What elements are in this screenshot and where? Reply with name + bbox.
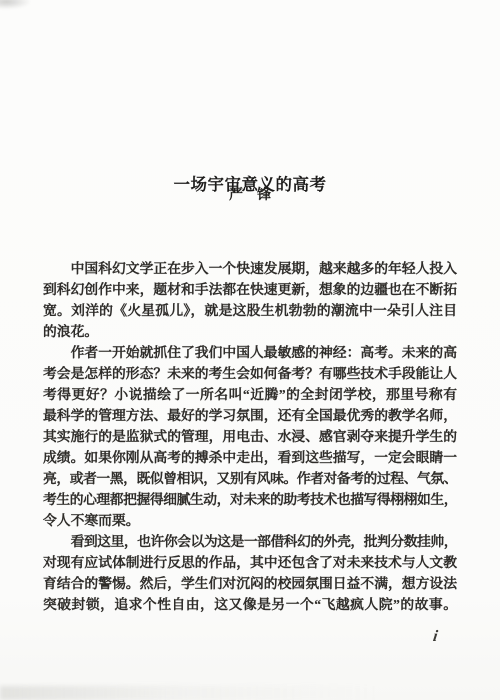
text-line: 考会是怎样的形态？未来的考生会如何备考？有哪些技术手段能让人 xyxy=(43,363,457,384)
scan-smudge-top-left xyxy=(0,0,30,9)
text-line: 对现有应试体制进行反思的作品，其中还包含了对未来技术与人文教 xyxy=(43,552,457,573)
text-line: 的浪花。 xyxy=(43,321,457,342)
text-line: 作者一开始就抓住了我们中国人最敏感的神经：高考。未来的高 xyxy=(43,342,457,363)
text-line: 亮，或者一黑，既似曾相识，又别有风味。作者对备考的过程、气氛、 xyxy=(43,468,457,489)
text-line: 突破封锁，追求个性自由，这又像是另一个“飞越疯人院”的故事。 xyxy=(43,594,457,615)
text-line: 看到这里，也许你会以为这是一部借科幻的外壳，批判分数挂帅， xyxy=(43,531,457,552)
body-text: 中国科幻文学正在步入一个快速发展期，越来越多的年轻人投入 到科幻创作中来，题材和… xyxy=(43,258,457,615)
text-line: 中国科幻文学正在步入一个快速发展期，越来越多的年轻人投入 xyxy=(43,258,457,279)
text-line: 考得更好？小说描绘了一所名叫“近腾”的全封闭学校，那里号称有 xyxy=(43,384,457,405)
text-line: 令人不寒而栗。 xyxy=(43,510,457,531)
text-line: 育结合的警惕。然后，学生们对沉闷的校园氛围日益不满，想方设法 xyxy=(43,573,457,594)
paragraph-2: 作者一开始就抓住了我们中国人最敏感的神经：高考。未来的高 考会是怎样的形态？未来… xyxy=(43,342,457,531)
text-line: 其实施行的是监狱式的管理，用电击、水浸、感官剥夺来提升学生的 xyxy=(43,426,457,447)
author-name: 严 锋 xyxy=(0,184,500,204)
text-line: 考生的心理都把握得细腻生动，对未来的助考技术也描写得栩栩如生， xyxy=(43,489,457,510)
text-line: 到科幻创作中来，题材和手法都在快速更新，想象的边疆也在不断拓 xyxy=(43,279,457,300)
page-number: i xyxy=(432,628,439,646)
paragraph-1: 中国科幻文学正在步入一个快速发展期，越来越多的年轻人投入 到科幻创作中来，题材和… xyxy=(43,258,457,342)
text-line: 宽。刘洋的《火星孤儿》，就是这股生机勃勃的潮流中一朵引人注目 xyxy=(43,300,457,321)
scan-smudge-bottom xyxy=(0,686,420,700)
scanned-book-page: 一场宇宙意义的高考 严 锋 中国科幻文学正在步入一个快速发展期，越来越多的年轻人… xyxy=(0,0,500,700)
text-line: 最科学的管理方法、最好的学习氛围，还有全国最优秀的教学名师， xyxy=(43,405,457,426)
paragraph-3: 看到这里，也许你会以为这是一部借科幻的外壳，批判分数挂帅， 对现有应试体制进行反… xyxy=(43,531,457,615)
text-line: 成绩。如果你刚从高考的搏杀中走出，看到这些描写，一定会眼睛一 xyxy=(43,447,457,468)
